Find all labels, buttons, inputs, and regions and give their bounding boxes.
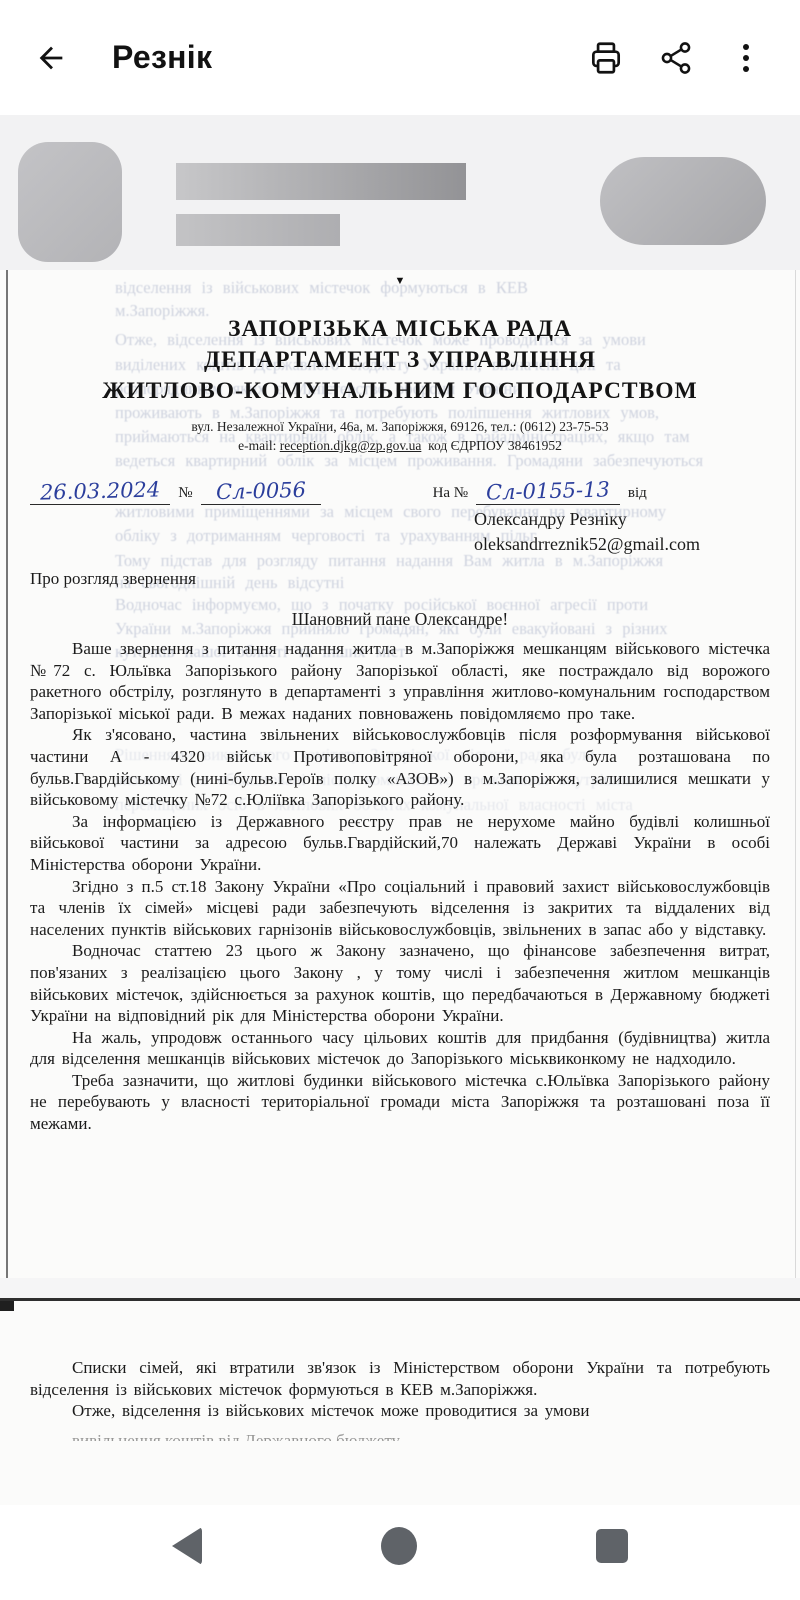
redacted-avatar	[18, 142, 122, 262]
redacted-header-panel	[0, 115, 800, 270]
letter-body: Ваше звернення з питання надання житла в…	[30, 638, 770, 1135]
app-bar: Резнік	[0, 0, 800, 115]
document-page-2[interactable]: Списки сімей, які втратили зв'язок із Мі…	[0, 1298, 800, 1505]
nav-home-icon[interactable]	[381, 1527, 417, 1565]
nav-back-icon[interactable]	[172, 1527, 202, 1565]
paragraph: За інформацією із Державного реєстру пра…	[30, 811, 770, 876]
recipient-name: Олександру Резніку	[474, 507, 700, 532]
letterhead-email: reception.djkg@zp.gov.ua	[280, 438, 422, 453]
page-gap	[0, 1278, 800, 1298]
paragraph: Як з'ясовано, частина звільнених військо…	[30, 724, 770, 810]
back-arrow-icon[interactable]	[34, 41, 68, 75]
document-page-1[interactable]: відселення із військових містечок формую…	[0, 270, 800, 1278]
overflow-menu-button[interactable]	[726, 38, 766, 78]
paragraph: Треба зазначити, що житлові будинки війс…	[30, 1070, 770, 1135]
letterhead-address: вул. Незалежної України, 46а, м. Запоріж…	[30, 417, 770, 455]
letter-body-page2: Списки сімей, які втратили зв'язок із Мі…	[0, 1301, 800, 1422]
share-button[interactable]	[656, 38, 696, 78]
paragraph: Ваше звернення з питання надання житла в…	[30, 638, 770, 724]
scan-edge-mark	[0, 1301, 14, 1311]
paragraph: Списки сімей, які втратили зв'язок із Мі…	[30, 1357, 770, 1400]
more-vert-icon	[743, 44, 749, 72]
nav-recents-icon[interactable]	[596, 1529, 628, 1563]
handwritten-date: 26.03.2024	[40, 477, 161, 504]
paragraph: Згідно з п.5 ст.18 Закону України «Про с…	[30, 876, 770, 941]
redacted-text-bar	[176, 214, 340, 246]
redacted-pill	[600, 157, 766, 245]
recipient-email: oleksandrreznik52@gmail.com	[474, 532, 700, 557]
paragraph: Отже, відселення із військових містечок …	[30, 1400, 770, 1422]
paragraph: Водночас статтею 23 цього ж Закону зазна…	[30, 940, 770, 1026]
share-icon	[658, 40, 694, 76]
handwritten-in-number: Сл-0155-13	[486, 477, 610, 504]
reference-number-row: 26.03.2024 № Сл-0056 На № Сл-0155-13 від	[30, 465, 770, 505]
document-title: Резнік	[112, 39, 212, 76]
android-navigation-bar	[0, 1505, 800, 1600]
paragraph: На жаль, упродовж останнього часу цільов…	[30, 1027, 770, 1070]
handwritten-out-number: Сл-0056	[215, 478, 306, 504]
redacted-text-bar	[176, 163, 466, 200]
salutation: Шановний пане Олександре!	[30, 609, 770, 630]
letterhead-org-name: ЗАПОРІЗЬКА МІСЬКА РАДА ДЕПАРТАМЕНТ З УПР…	[30, 314, 770, 407]
print-button[interactable]	[586, 38, 626, 78]
cut-off-line: вивільнення коштів від Державного бюджет…	[0, 1431, 800, 1441]
letter-subject: Про розгляд звернення	[30, 569, 770, 589]
print-icon	[587, 39, 625, 77]
recipient-block: Олександру Резніку oleksandrreznik52@gma…	[474, 507, 700, 557]
page-fold-mark: ▼	[30, 274, 770, 288]
